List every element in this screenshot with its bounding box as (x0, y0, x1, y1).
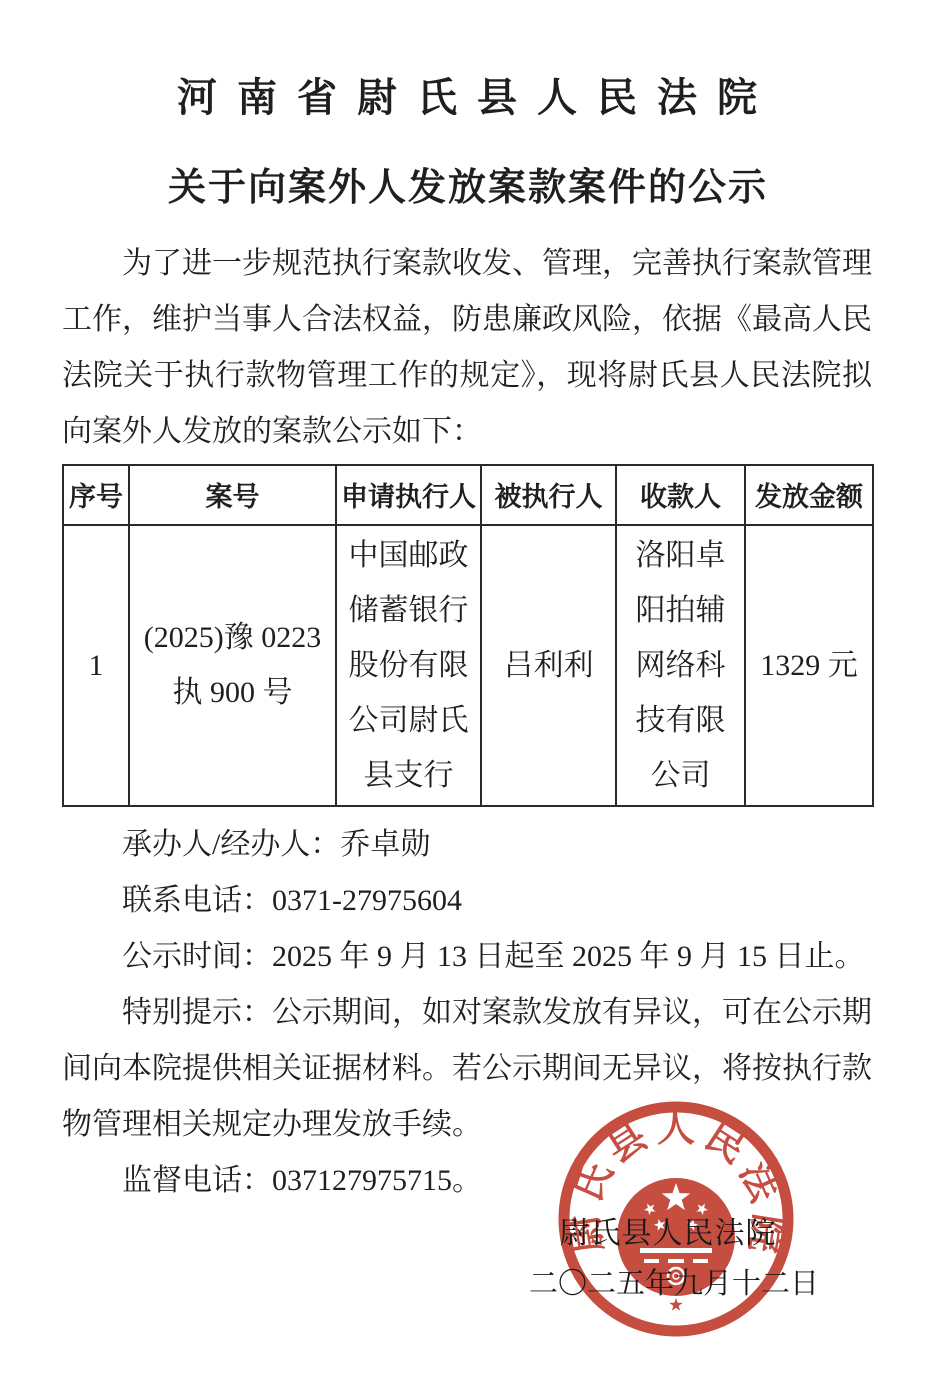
table-header-row: 序号 案号 申请执行人 被执行人 收款人 发放金额 (63, 465, 873, 525)
signature-court-name: 尉氏县人民法院 (540, 1208, 796, 1252)
court-name-title: 河南省尉氏县人民法院 (62, 76, 872, 120)
signature-date: 二〇二五年九月十二日 (519, 1261, 829, 1302)
contact-line: 联系电话：0371-27975604 (62, 873, 872, 929)
cell-amount: 1329 元 (745, 525, 873, 806)
cell-payee: 洛阳卓 阳拍辅 网络科 技有限 公司 (616, 525, 745, 806)
intro-paragraph: 为了进一步规范执行案款收发、管理，完善执行案款管理工作，维护当事人合法权益，防患… (62, 236, 872, 460)
table-row: 1 (2025)豫 0223 执 900 号 中国邮政 储蓄银行 股份有限 公司… (63, 525, 873, 806)
announcement-document: 河南省尉氏县人民法院 关于向案外人发放案款案件的公示 为了进一步规范执行案款收发… (0, 0, 934, 1376)
col-header-seq: 序号 (63, 465, 129, 525)
cell-seq: 1 (63, 525, 129, 806)
period-line: 公示时间：2025 年 9 月 13 日起至 2025 年 9 月 15 日止。 (62, 929, 872, 985)
cell-case-no: (2025)豫 0223 执 900 号 (129, 525, 336, 806)
col-header-payee: 收款人 (616, 465, 745, 525)
col-header-case-no: 案号 (129, 465, 336, 525)
col-header-respondent: 被执行人 (481, 465, 616, 525)
col-header-applicant: 申请执行人 (336, 465, 481, 525)
cell-respondent: 吕利利 (481, 525, 616, 806)
col-header-amount: 发放金额 (745, 465, 873, 525)
case-payment-table: 序号 案号 申请执行人 被执行人 收款人 发放金额 1 (2025)豫 0223… (62, 464, 874, 807)
cell-applicant: 中国邮政 储蓄银行 股份有限 公司尉氏 县支行 (336, 525, 481, 806)
svg-text:人: 人 (657, 1108, 695, 1150)
handler-line: 承办人/经办人：乔卓勋 (62, 817, 872, 873)
announcement-title: 关于向案外人发放案款案件的公示 (62, 168, 872, 210)
